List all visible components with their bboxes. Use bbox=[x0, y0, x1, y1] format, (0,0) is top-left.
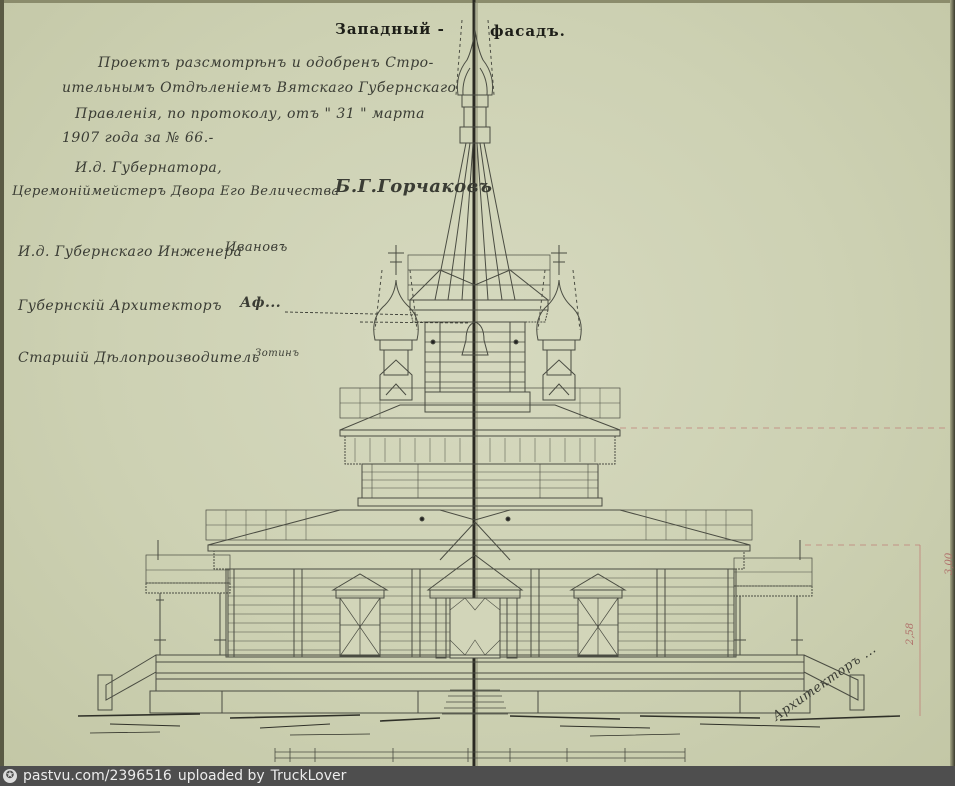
governor-signature: Б.Г.Горчаковъ bbox=[335, 176, 493, 197]
middle-tier bbox=[340, 388, 620, 506]
right-window bbox=[571, 574, 625, 656]
architect-role: Губернскiй Архитекторъ bbox=[18, 298, 222, 314]
scale-bar bbox=[275, 748, 685, 762]
engineer-role: И.д. Губернскаго Инженера bbox=[18, 244, 242, 260]
source-footer: ✪ pastvu.com/2396516 uploaded by TruckLo… bbox=[0, 766, 955, 786]
approval-line-1: Проектъ разсмотрѣнъ и одобренъ Стро- bbox=[98, 55, 434, 71]
governor-role-line-1: И.д. Губернатора, bbox=[75, 160, 222, 176]
approval-line-3: Правленiя, по протоколу, отъ " 31 " март… bbox=[75, 106, 425, 122]
uploaded-by-label: uploaded by bbox=[178, 766, 265, 786]
approval-line-2: ительнымъ Отдѣленiемъ Вятскаго Губернска… bbox=[62, 80, 456, 96]
right-veranda bbox=[734, 540, 812, 655]
belfry bbox=[408, 255, 550, 392]
source-link[interactable]: pastvu.com/2396516 bbox=[23, 766, 172, 786]
clerk-signature: Зотинъ bbox=[255, 348, 299, 359]
balustrade bbox=[98, 655, 864, 713]
dimension-label-height: 2,58 bbox=[905, 623, 916, 645]
left-window bbox=[333, 574, 387, 656]
approval-line-4: 1907 года за № 66.- bbox=[62, 130, 214, 146]
left-veranda bbox=[146, 540, 230, 655]
engineer-signature: Ивановъ bbox=[225, 240, 288, 255]
pastvu-logo-icon: ✪ bbox=[3, 769, 17, 783]
sheet-title-right: фасадъ. bbox=[490, 22, 566, 40]
uploader-name[interactable]: TruckLover bbox=[271, 766, 347, 786]
architect-signature: Аф... bbox=[240, 295, 281, 311]
governor-role-line-2: Церемонiймейстеръ Двора Его Величества bbox=[12, 184, 340, 199]
clerk-role: Старшiй Дѣлопроизводитель bbox=[18, 350, 260, 366]
dimension-label-upper: 3,00 bbox=[944, 553, 955, 575]
signature-lead-line bbox=[285, 312, 470, 323]
main-roof bbox=[206, 510, 752, 569]
sheet-title-left: Западный - bbox=[335, 20, 445, 38]
drawing-sheet: Западный - фасадъ. Проектъ разсмотрѣнъ и… bbox=[0, 0, 955, 766]
